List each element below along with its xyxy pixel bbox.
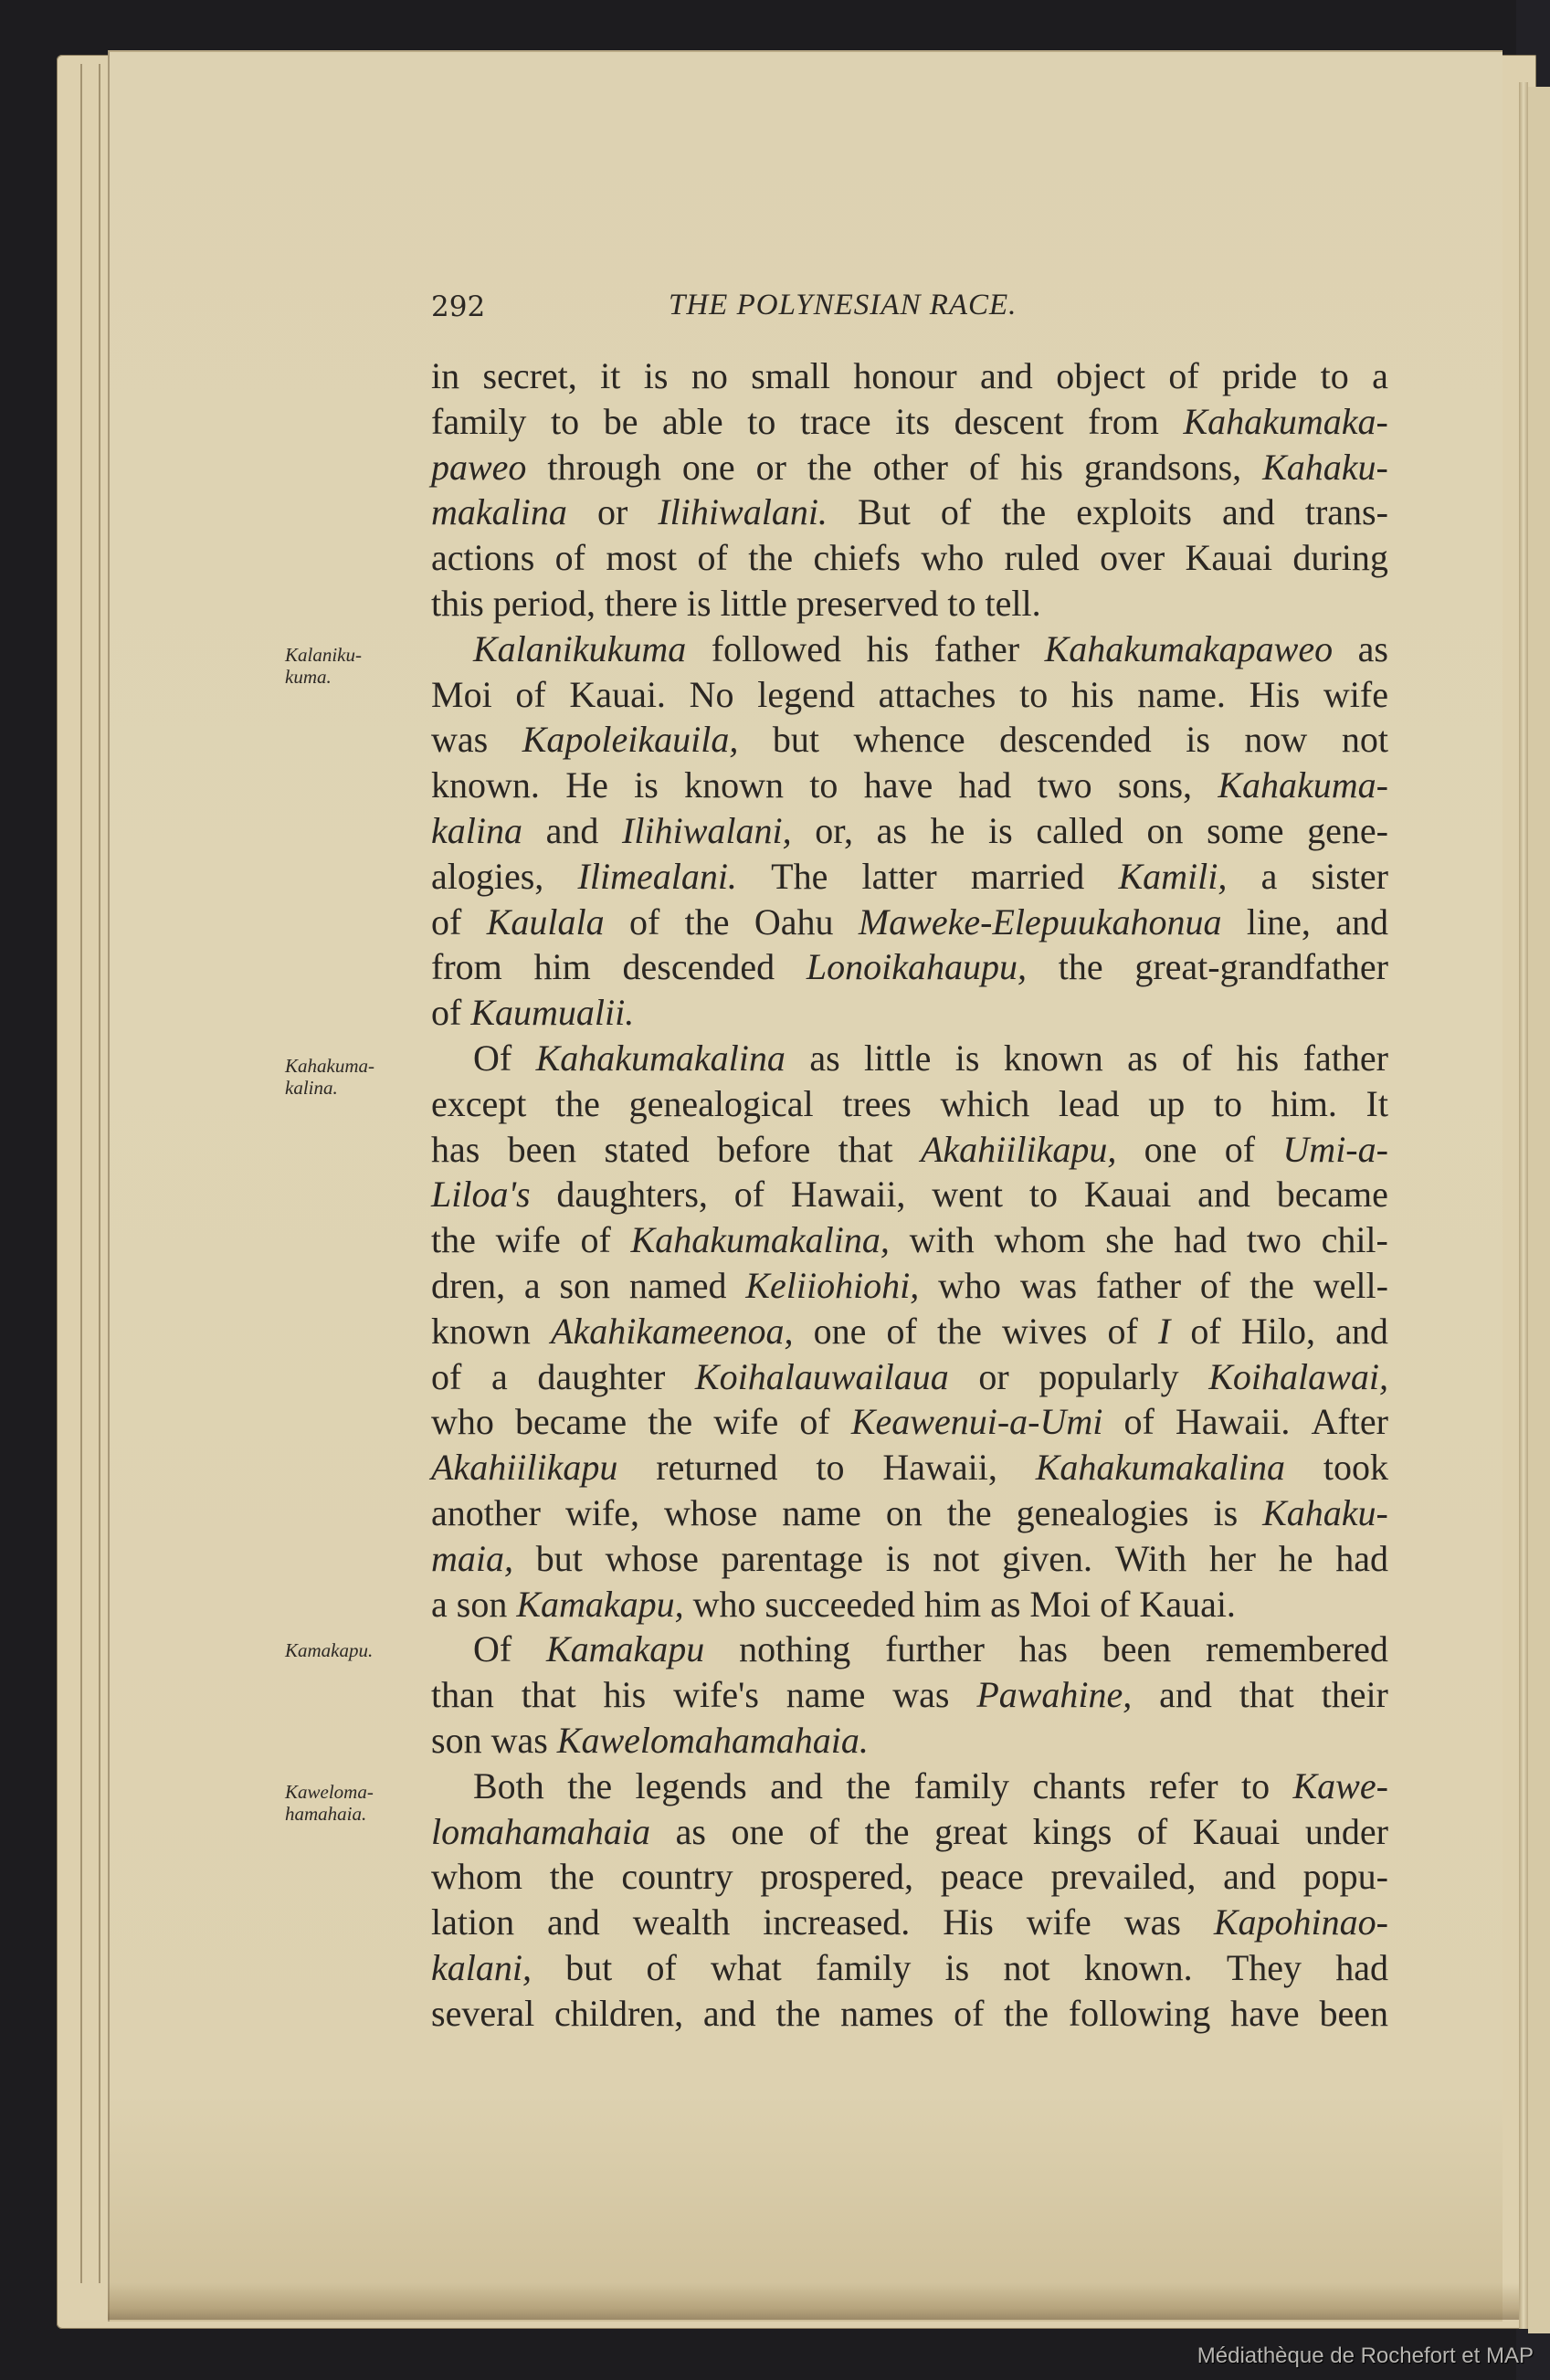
word: But (858, 490, 911, 534)
word: names (840, 1992, 933, 2036)
word: of (1182, 1037, 1212, 1080)
sidenote: Kamakapu. (285, 1639, 413, 1661)
word: him. (1271, 1082, 1337, 1126)
word: and (1335, 900, 1388, 944)
word: is (1186, 718, 1210, 762)
word: His (1249, 673, 1301, 717)
word: following (1069, 1992, 1211, 2036)
word: up (1148, 1082, 1185, 1126)
word: wealth (633, 1901, 731, 1944)
word: alogies, (431, 855, 543, 899)
italic-name: Kahakumakalina, (631, 1218, 890, 1262)
sidenote-line: kalina. (285, 1077, 413, 1099)
text-line: alogies,Ilimealani.ThelattermarriedKamil… (431, 855, 1388, 899)
word: prospered, (760, 1855, 913, 1899)
word: and (980, 354, 1033, 398)
word: no (691, 354, 728, 398)
word: through (547, 446, 660, 490)
italic-name: Ilihiwalani. (658, 490, 828, 534)
text-line: KalanikukumafollowedhisfatherKahakumakap… (473, 627, 1388, 671)
word: legends (636, 1764, 747, 1808)
word: to (816, 1446, 844, 1490)
word: from (1088, 400, 1159, 444)
italic-name: Maweke-Elepuukahonua (859, 900, 1222, 944)
italic-name: Kawelomahamahaia. (557, 1720, 869, 1761)
word: as (1358, 627, 1388, 671)
sidenote-line: kuma. (285, 666, 413, 688)
word: to (809, 763, 838, 807)
word: and (1159, 1673, 1212, 1717)
italic-name: Keliiohiohi, (745, 1264, 919, 1308)
word: and (1335, 1310, 1388, 1353)
word: which (941, 1082, 1030, 1126)
word: honour (853, 354, 956, 398)
text-line: lomahamahaiaasoneofthegreatkingsofKauaiu… (431, 1810, 1388, 1854)
word: country (621, 1855, 733, 1899)
word: father (934, 627, 1019, 671)
word: of (1123, 1400, 1154, 1444)
word: as (809, 1037, 839, 1080)
text-line: dren,asonnamedKeliiohiohi,whowasfatherof… (431, 1264, 1388, 1308)
word: one (682, 446, 735, 490)
word: the (937, 1310, 982, 1353)
text-line: thewifeofKahakumakalina,withwhomshehadtw… (431, 1218, 1388, 1262)
word: been (1102, 1627, 1172, 1671)
word: of (1225, 1128, 1255, 1172)
text-run: this period, there is little preserved t… (431, 583, 1041, 624)
word: is (955, 1037, 980, 1080)
italic-name: Akahiilikapu (431, 1446, 617, 1490)
word: to (551, 400, 579, 444)
word: under (1305, 1810, 1388, 1854)
word: not (1342, 718, 1388, 762)
word: dren, (431, 1264, 505, 1308)
word: as (1127, 1037, 1157, 1080)
italic-name: Umi-a- (1282, 1128, 1388, 1172)
word: followed (712, 627, 841, 671)
word: but (536, 1537, 583, 1581)
word: other (873, 446, 948, 490)
italic-name: Liloa's (431, 1173, 531, 1216)
word: of (515, 673, 545, 717)
word: gene- (1307, 809, 1388, 853)
text-line: actionsofmostofthechiefswhoruledoverKaua… (431, 536, 1388, 580)
italic-name: Kaumualii. (470, 992, 634, 1033)
italic-name: Ilimealani. (578, 855, 737, 899)
word: to (1321, 354, 1349, 398)
word: but (565, 1946, 612, 1990)
word: and (1222, 490, 1275, 534)
word: had (1335, 1537, 1388, 1581)
word: that (1239, 1673, 1294, 1717)
sidenote-line: Kamakapu. (285, 1639, 413, 1661)
word: to (1241, 1764, 1270, 1808)
word: After (1312, 1400, 1388, 1444)
text-line: ofadaughterKoihalauwailauaorpopularlyKoi… (431, 1355, 1388, 1399)
text-line: fromhimdescendedLonoikahaupu,thegreat-gr… (431, 945, 1388, 989)
word: a (1261, 855, 1278, 899)
word: secret, (483, 354, 577, 398)
text-line: OfKahakumakalinaaslittleisknownasofhisfa… (473, 1037, 1388, 1080)
word: Kauai (1186, 536, 1273, 580)
word: trace (800, 400, 871, 444)
word: sister (1312, 855, 1388, 899)
word: the (567, 1764, 612, 1808)
word: went (932, 1173, 1003, 1216)
word: a (1372, 354, 1388, 398)
word: been (508, 1128, 577, 1172)
word: to (747, 400, 775, 444)
word: further (885, 1627, 985, 1671)
text-line: this period, there is little preserved t… (431, 582, 1041, 626)
italic-name: Akahikameenoa, (551, 1310, 793, 1353)
text-line: MoiofKauai.Nolegendattachestohisname.His… (431, 673, 1388, 717)
word: what (711, 1946, 782, 1990)
italic-name: paweo (431, 446, 526, 490)
italic-name: Keawenui-a-Umi (851, 1400, 1103, 1444)
sidenote-line: Kaweloma- (285, 1781, 413, 1803)
word: whose (606, 1537, 699, 1581)
word: great (934, 1810, 1007, 1854)
word: the (431, 1218, 476, 1262)
word: than (431, 1673, 494, 1717)
word: and (547, 1901, 600, 1944)
word: Of (473, 1037, 511, 1080)
word: named (629, 1264, 727, 1308)
text-run: who succeeded him as Moi of Kauai. (684, 1584, 1236, 1625)
italic-name: I (1158, 1310, 1170, 1353)
word: was (892, 1673, 949, 1717)
sidenote-line: Kahakuma- (285, 1055, 413, 1077)
page-edge-line (99, 64, 100, 2283)
word: of (580, 1218, 610, 1262)
italic-name: Akahiilikapu, (921, 1128, 1116, 1172)
word: and (1223, 1855, 1276, 1899)
text-line: son was Kawelomahamahaia. (431, 1719, 869, 1763)
word: the (1059, 945, 1103, 989)
word: two (1247, 1218, 1302, 1262)
word: its (895, 400, 930, 444)
word: father (1096, 1264, 1181, 1308)
word: ruled (1005, 536, 1080, 580)
word: his (1020, 446, 1063, 490)
word: wife's (673, 1673, 759, 1717)
word: known (684, 763, 784, 807)
word: his (867, 627, 910, 671)
word: legend (757, 673, 855, 717)
word: great-grandfather (1134, 945, 1388, 989)
word: of (629, 900, 659, 944)
word: took (1323, 1446, 1388, 1490)
word: of (969, 446, 999, 490)
word: and (1197, 1173, 1250, 1216)
word: It (1366, 1082, 1388, 1126)
word: little (864, 1037, 931, 1080)
word: the (947, 1491, 992, 1535)
word: daughter (537, 1355, 665, 1399)
text-line: kalani,butofwhatfamilyisnotknown.Theyhad (431, 1946, 1388, 1990)
italic-name: Kapoleikauila, (522, 718, 739, 762)
text-line: Liloa'sdaughters,ofHawaii,wenttoKauaiand… (431, 1173, 1388, 1216)
text-line: paweothroughoneortheotherofhisgrandsons,… (431, 446, 1388, 490)
text-line: hasbeenstatedbeforethatAkahiilikapu,oneo… (431, 1128, 1388, 1172)
word: of (698, 536, 728, 580)
word: became (1277, 1173, 1388, 1216)
word: the (748, 536, 793, 580)
word: Oahu (754, 900, 834, 944)
running-header: 292 THE POLYNESIAN RACE. (431, 285, 1388, 331)
italic-name: Kahaku- (1262, 446, 1388, 490)
word: of (1107, 1310, 1137, 1353)
word: peace (941, 1855, 1024, 1899)
word: to (1214, 1082, 1242, 1126)
italic-name: Lonoikahaupu, (807, 945, 1027, 989)
text-line: whomthecountryprospered,peaceprevailed,a… (431, 1855, 1388, 1899)
word: or (597, 490, 627, 534)
word: but (773, 718, 819, 762)
word: popu- (1303, 1855, 1388, 1899)
word: of (954, 1992, 984, 2036)
page-bottom-stain (108, 2283, 1519, 2320)
word: returned (656, 1446, 777, 1490)
word: now (1244, 718, 1307, 762)
word: his (1237, 1037, 1280, 1080)
italic-name: Koihalawai, (1208, 1355, 1388, 1399)
word: to (1029, 1173, 1058, 1216)
word: been (1319, 1992, 1388, 2036)
word: the (865, 1810, 910, 1854)
text-line: wasKapoleikauila,butwhencedescendedisnow… (431, 718, 1388, 762)
word: the (550, 1855, 595, 1899)
word: is (634, 763, 659, 807)
text-line: thanthathiswife'snamewasPawahine,andthat… (431, 1673, 1388, 1717)
text-line: OfKamakapunothingfurtherhasbeenremembere… (473, 1627, 1388, 1671)
text-run: a son (431, 1584, 516, 1625)
word: exploits (1076, 490, 1192, 534)
word: who (921, 536, 984, 580)
word: has (1019, 1627, 1068, 1671)
word: over (1100, 536, 1165, 580)
word: as (676, 1810, 706, 1854)
text-line: kalinaandIlihiwalani,or,asheiscalledonso… (431, 809, 1388, 853)
word: whom (994, 1218, 1085, 1262)
word: known. (1084, 1946, 1193, 1990)
italic-name: maia, (431, 1537, 513, 1581)
word: Hilo, (1241, 1310, 1315, 1353)
word: most (606, 536, 677, 580)
word: of (555, 536, 585, 580)
word: two (1038, 763, 1092, 807)
watermark: Médiathèque de Rochefort et MAP (1197, 2343, 1534, 2369)
sidenote-line: hamahaia. (285, 1803, 413, 1825)
word: from (431, 945, 502, 989)
word: has (431, 1128, 480, 1172)
word: descended (623, 945, 775, 989)
word: is (1213, 1491, 1238, 1535)
text-line: makalinaorIlihiwalani.Butoftheexploitsan… (431, 490, 1388, 534)
italic-name: Kamakapu, (516, 1584, 683, 1625)
word: wife, (565, 1491, 639, 1535)
word: of (431, 900, 461, 944)
word: is (886, 1537, 911, 1581)
word: trees (842, 1082, 912, 1126)
word: of (887, 1310, 917, 1353)
word: a (524, 1264, 541, 1308)
word: the (846, 1764, 891, 1808)
word: some (1207, 809, 1283, 853)
word: the (1249, 1264, 1294, 1308)
word: known (1004, 1037, 1103, 1080)
word: who (431, 1400, 494, 1444)
word: nothing (739, 1627, 850, 1671)
word: genealogies (1017, 1491, 1189, 1535)
word: or (978, 1355, 1008, 1399)
word: was (1020, 1264, 1077, 1308)
italic-name: Kahakumakalina (536, 1037, 786, 1080)
word: of (941, 490, 971, 534)
word: prevailed, (1051, 1855, 1197, 1899)
word: be (604, 400, 638, 444)
word: whom (431, 1855, 522, 1899)
word: wife (713, 1400, 778, 1444)
word: Hawaii, (882, 1446, 997, 1490)
word: one (814, 1310, 867, 1353)
word: genealogical (629, 1082, 814, 1126)
italic-name: Kahakuma- (1218, 763, 1388, 807)
word: a (491, 1355, 508, 1399)
word: His (943, 1901, 994, 1944)
word: one (1144, 1128, 1197, 1172)
word: wife (1027, 1901, 1091, 1944)
italic-name: Kalanikukuma (473, 627, 686, 671)
word: the (775, 1992, 820, 2036)
text-line: a son Kamakapu, who succeeded him as Moi… (431, 1583, 1236, 1627)
italic-name: Kahakumakalina (1036, 1446, 1285, 1490)
word: of (646, 1946, 676, 1990)
italic-name: Kamakapu (546, 1627, 704, 1671)
word: Hawaii, (791, 1173, 906, 1216)
word: wives (1002, 1310, 1087, 1353)
word: or (756, 446, 786, 490)
word: The (771, 855, 828, 899)
word: had (1335, 1946, 1388, 1990)
word: attaches (879, 673, 996, 717)
page-edge-line (80, 64, 82, 2283)
word: she (1105, 1218, 1154, 1262)
word: son (559, 1264, 610, 1308)
word: called (1036, 809, 1123, 853)
word: remembered (1206, 1627, 1388, 1671)
word: latter (862, 855, 937, 899)
word: Of (473, 1627, 511, 1671)
word: their (1322, 1673, 1388, 1717)
italic-name: Kapohinao- (1214, 1901, 1388, 1944)
text-line: exceptthegenealogicaltreeswhichleaduptoh… (431, 1082, 1388, 1126)
word: They (1227, 1946, 1302, 1990)
word: popularly (1039, 1355, 1178, 1399)
word: of (1200, 1264, 1230, 1308)
word: line, (1247, 900, 1311, 944)
word: stated (605, 1128, 690, 1172)
word: lead (1059, 1082, 1120, 1126)
italic-name: Kahaku- (1262, 1491, 1388, 1535)
word: or, (815, 809, 853, 853)
word: it (600, 354, 620, 398)
word: chiefs (813, 536, 901, 580)
word: is (644, 354, 669, 398)
word: descent (954, 400, 1064, 444)
word: the (1004, 1992, 1049, 2036)
word: of (1190, 1310, 1220, 1353)
word: children, (554, 1992, 683, 2036)
word: that (838, 1128, 893, 1172)
word: chants (1032, 1764, 1125, 1808)
word: her (1209, 1537, 1256, 1581)
word: one (731, 1810, 784, 1854)
word: Moi (431, 673, 492, 717)
word: father (1303, 1037, 1388, 1080)
word: actions (431, 536, 534, 580)
page-number: 292 (431, 290, 485, 323)
text-line: insecret,itisnosmallhonourandobjectofpri… (431, 354, 1388, 398)
running-title: THE POLYNESIAN RACE. (669, 289, 1017, 322)
italic-name: Kahakumakapaweo (1045, 627, 1334, 671)
word: him (534, 945, 591, 989)
word: on (886, 1491, 923, 1535)
sidenote: Kahakuma-kalina. (285, 1055, 413, 1099)
word: is (988, 809, 1013, 853)
italic-name: Kamili, (1118, 855, 1227, 899)
word: and (703, 1992, 756, 2036)
word: he (931, 809, 965, 853)
italic-name: kalina (431, 809, 522, 853)
word: had (959, 763, 1012, 807)
word: before (717, 1128, 810, 1172)
word: of (809, 1810, 839, 1854)
word: family (816, 1946, 911, 1990)
word: wife (1323, 673, 1388, 717)
word: the (685, 900, 730, 944)
word: daughters, (556, 1173, 708, 1216)
word: during (1292, 536, 1387, 580)
text-line: knownAkahikameenoa,oneofthewivesofIofHil… (431, 1310, 1388, 1353)
text-line: familytobeabletotraceitsdescentfromKahak… (431, 400, 1388, 444)
text-line: anotherwife,whosenameonthegenealogiesisK… (431, 1491, 1388, 1535)
word: trans- (1305, 490, 1388, 534)
sidenote: Kaweloma-hamahaia. (285, 1781, 413, 1825)
word: the (1001, 490, 1046, 534)
word: grandsons, (1084, 446, 1241, 490)
word: chil- (1322, 1218, 1388, 1262)
word: wife (496, 1218, 561, 1262)
word: refer (1149, 1764, 1218, 1808)
word: the (807, 446, 852, 490)
text-line: whobecamethewifeofKeawenui-a-UmiofHawaii… (431, 1400, 1388, 1444)
word: was (1124, 1901, 1181, 1944)
word: Kauai (1084, 1173, 1172, 1216)
sidenote-line: Kalaniku- (285, 644, 413, 666)
italic-name: makalina (431, 490, 567, 534)
word: pride (1222, 354, 1297, 398)
word: several (431, 1992, 534, 2036)
word: descended (999, 718, 1152, 762)
next-page-leaf (1528, 87, 1550, 2333)
word: Kauai. (569, 673, 666, 717)
text-line: ofKaulalaoftheOahuMaweke-Elepuukahonuali… (431, 900, 1388, 944)
word: No (690, 673, 734, 717)
word: his (1071, 673, 1114, 717)
word: and (770, 1764, 823, 1808)
